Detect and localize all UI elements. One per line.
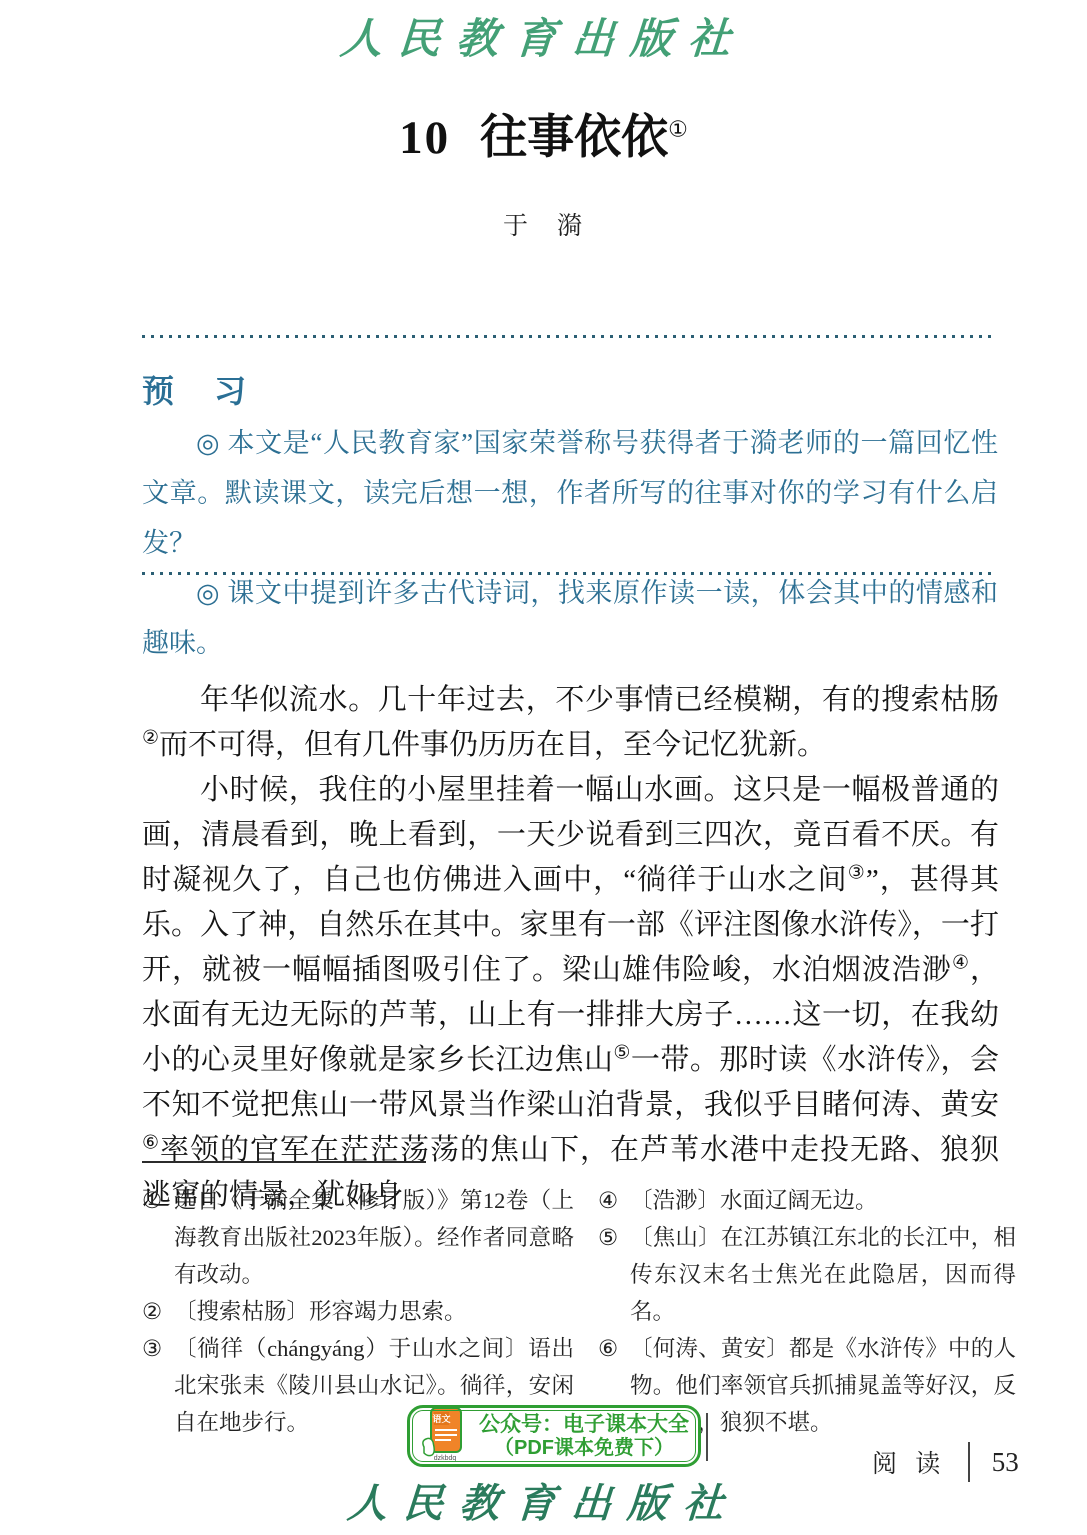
- badge-text: 公众号：电子课本大全 （PDF课本免费下）: [470, 1413, 698, 1459]
- badge-line1: 公众号：电子课本大全: [470, 1413, 698, 1437]
- lesson-title-text: 往事依依: [480, 112, 668, 164]
- preview-item: ◎ 课文中提到许多古代诗词，找来原作读一读，体会其中的情感和趣味。: [142, 568, 998, 668]
- footnote-number: ③: [142, 1330, 174, 1367]
- footnote-item: ②〔搜索枯肠〕形容竭力思索。: [142, 1293, 574, 1330]
- footnote-ref-mark: ③: [848, 862, 866, 883]
- footnote-ref-mark: ⑥: [142, 1132, 160, 1153]
- footnote-number: ⑤: [598, 1219, 630, 1256]
- footnote-item: ①选自《于漪全集（修订版）》第12卷（上海教育出版社2023年版）。经作者同意略…: [142, 1182, 574, 1293]
- publisher-logo-bottom: 人民教育出版社: [0, 1472, 1087, 1529]
- footnote-text: 选自《于漪全集（修订版）》第12卷（上海教育出版社2023年版）。经作者同意略有…: [174, 1182, 574, 1293]
- footnote-divider: [142, 1161, 426, 1163]
- badge-line2: （PDF课本免费下）: [470, 1437, 698, 1459]
- svg-text:语文: 语文: [432, 1413, 450, 1424]
- publisher-logo-top: 人民教育出版社: [0, 6, 1087, 66]
- footnotes-right: ④〔浩渺〕水面辽阔无边。⑤〔焦山〕在江苏镇江东北的长江中，相传东汉末名士焦光在此…: [598, 1182, 1016, 1441]
- footnote-number: ②: [142, 1293, 174, 1330]
- body-text: 年华似流水。几十年过去，不少事情已经模糊，有的搜索枯肠②而不可得，但有几件事仍历…: [142, 678, 999, 1218]
- footnote-number: ④: [598, 1182, 630, 1219]
- dotted-rule-top: [142, 335, 995, 338]
- badge-separator-line: [706, 1413, 708, 1461]
- footnote-text: 〔搜索枯肠〕形容竭力思索。: [174, 1293, 574, 1330]
- footnote-ref-mark: ⑤: [613, 1042, 631, 1063]
- footnote-ref-mark: ②: [142, 727, 159, 748]
- body-paragraph: 年华似流水。几十年过去，不少事情已经模糊，有的搜索枯肠②而不可得，但有几件事仍历…: [142, 678, 999, 768]
- textbook-page: 人民教育出版社 10往事依依① 于 漪 预 习 ◎ 本文是“人民教育家”国家荣誉…: [0, 0, 1087, 1535]
- footnote-ref-mark: ④: [952, 952, 970, 973]
- preview-section-header: 预 习: [142, 366, 250, 412]
- footnote-number: ①: [142, 1182, 174, 1219]
- footnote-item: ④〔浩渺〕水面辽阔无边。: [598, 1182, 1016, 1219]
- preview-items: ◎ 本文是“人民教育家”国家荣誉称号获得者于漪老师的一篇回忆性文章。默读课文，读…: [142, 418, 998, 668]
- dotted-rule-bottom: [142, 572, 995, 575]
- lesson-title: 10往事依依①: [0, 100, 1087, 167]
- footnote-text: 〔焦山〕在江苏镇江东北的长江中，相传东汉末名士焦光在此隐居，因而得名。: [630, 1219, 1016, 1330]
- book-in-hand-icon: 语文 dzkbdq: [418, 1405, 470, 1468]
- lesson-number: 10: [399, 112, 450, 164]
- footnotes-left: ①选自《于漪全集（修订版）》第12卷（上海教育出版社2023年版）。经作者同意略…: [142, 1182, 574, 1441]
- preview-item: ◎ 本文是“人民教育家”国家荣誉称号获得者于漪老师的一篇回忆性文章。默读课文，读…: [142, 418, 998, 568]
- wechat-promo-badge: 语文 dzkbdq 公众号：电子课本大全 （PDF课本免费下）: [407, 1405, 701, 1467]
- footnote-number: ⑥: [598, 1330, 630, 1367]
- svg-text:dzkbdq: dzkbdq: [434, 1455, 457, 1462]
- footnote-item: ⑤〔焦山〕在江苏镇江东北的长江中，相传东汉末名士焦光在此隐居，因而得名。: [598, 1219, 1016, 1330]
- title-footnote-ref-mark: ①: [668, 116, 688, 141]
- author-name: 于 漪: [0, 206, 1087, 242]
- footnote-text: 〔浩渺〕水面辽阔无边。: [630, 1182, 1016, 1219]
- body-paragraph: 小时候，我住的小屋里挂着一幅山水画。这只是一幅极普通的画，清晨看到，晚上看到，一…: [142, 768, 999, 1218]
